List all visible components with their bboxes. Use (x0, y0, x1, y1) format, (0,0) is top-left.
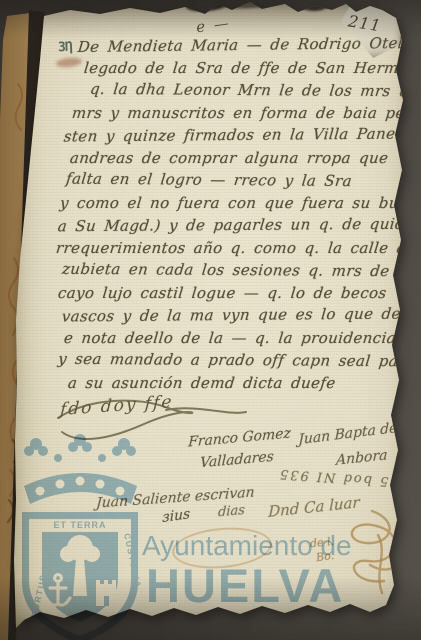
ink-smudge (300, 0, 328, 11)
mark-zius: зius (162, 506, 190, 526)
manuscript-line: andreas de comprar alguna rropa que (69, 147, 403, 170)
manuscript-text-block: De Mendieta Maria — de Rodrigo Otelo leg… (52, 34, 402, 394)
manuscript-line: zubieta en cada los sesiones q. mrs de d… (61, 258, 403, 283)
signature-juan-line2: Anbora (336, 447, 388, 469)
faded-oval-stamp (170, 524, 273, 573)
manuscript-line: De Mendieta Maria — de Rodrigo Otelo (77, 32, 403, 58)
manuscript-line: legado de la Sra de ffe de San Hermes q. (83, 57, 403, 80)
signature-juan-line1: Juan Bapta de (298, 420, 397, 448)
inverted-archival-mark: 15 bod NI 935 (278, 466, 399, 489)
bottom-right-flourish (330, 505, 410, 605)
ink-smudge (226, 0, 278, 10)
manuscript-page: 211 e — 3Ƞ De Mendieta Maria — de Rodrig… (0, 0, 421, 640)
manuscript-line: q. la dha Leonor Mrn le de los mrs que f… (89, 78, 403, 103)
manuscript-line: y como el no fuera con que fuera su buje… (59, 192, 403, 215)
manuscript-line: e nota deello de la — q. la prouidencia (63, 327, 403, 350)
manuscript-line: vascos y de la ma vyn que es lo que deue… (61, 303, 403, 328)
ink-smudge (185, 0, 230, 13)
manuscript-line: a Su Magd.) y de pagarles un q. de quida… (57, 213, 403, 238)
manuscript-line: cayo lujo castil logue — q. lo de becos (57, 282, 403, 305)
scanned-document-photo: 211 e — 3Ƞ De Mendieta Maria — de Rodrig… (0, 0, 421, 640)
signature-paraph: ꝸ (391, 446, 405, 477)
manuscript-line: falta en el logro — rreco y la Sra (65, 168, 403, 193)
manuscript-line: mrs y manuscritos en forma de baia pessa… (71, 102, 403, 125)
manuscript-line: rrequerimientos año q. como q. la calle … (55, 237, 403, 260)
top-curl-mark: e — (195, 14, 232, 37)
manuscript-line: y sea mandado a prado off capn seal para… (57, 348, 403, 373)
mark-dias: dias (218, 503, 246, 520)
signature-gomez-line2: Valladares (200, 449, 275, 472)
manuscript-line: a su asunción demd dicta duefe (67, 372, 403, 395)
manuscript-line: sten y quinze firmados en la Villa Panel… (63, 123, 403, 148)
